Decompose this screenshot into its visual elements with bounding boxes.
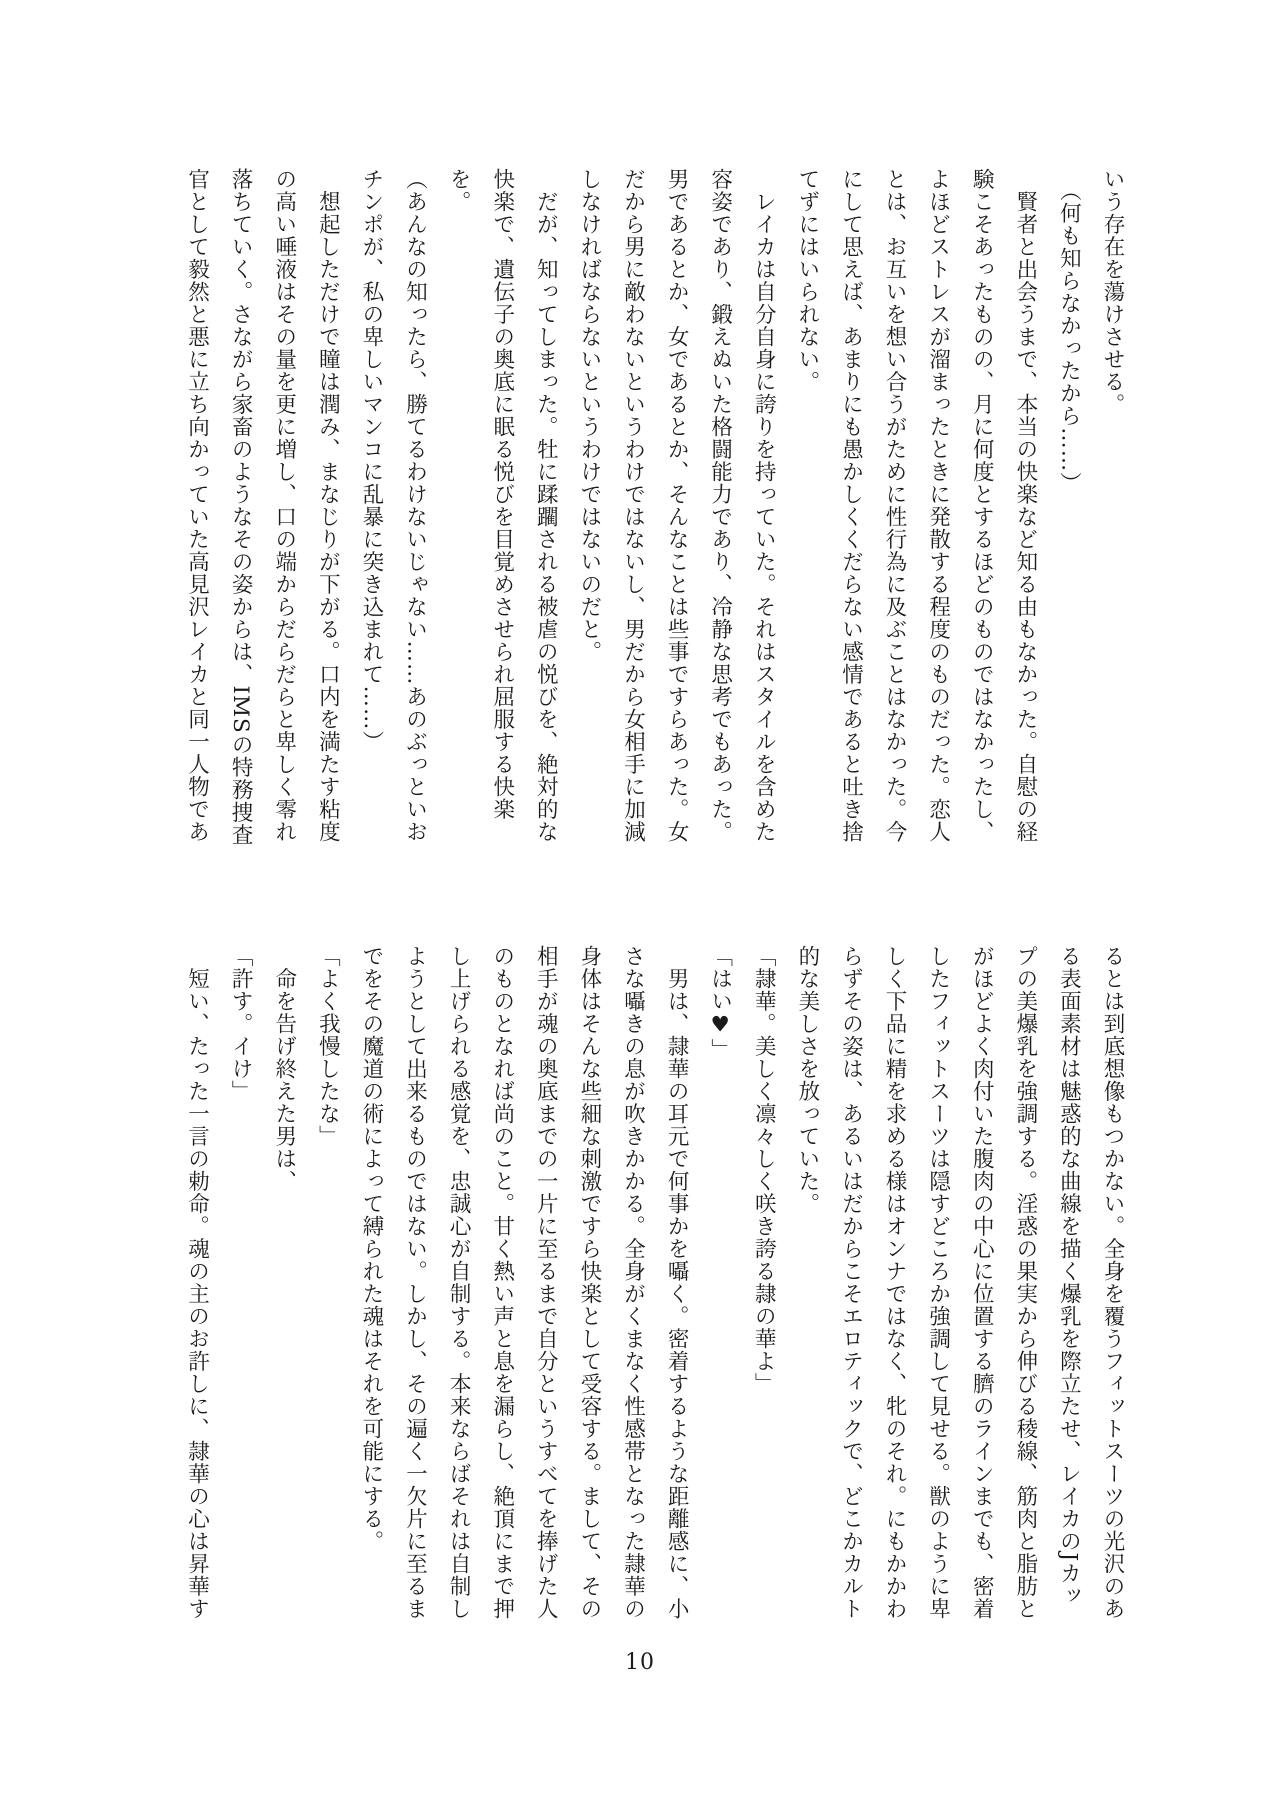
text-line: 想起しただけで瞳は潤み、まなじりが下がる。口内を満たす粘度 [306,168,350,846]
text-line: 「許す。イけ」 [219,945,263,1623]
text-line: だが、知ってしまった。牡に蹂躙される被虐の悦びを、絶対的な [524,168,568,846]
text-line: るとは到底想像もつかない。全身を覆うフィットスーツの光沢のあ [1090,945,1134,1623]
text-line: しく下品に精を求める様はオンナではなく、牝のそれ。にもかかわ [872,945,916,1623]
text-line: を。 [437,168,481,846]
text-line: がほどよく肉付いた腹肉の中心に位置する臍のラインまでも、密着 [960,945,1004,1623]
text-line: 命を告げ終えた男は、 [262,945,306,1623]
page-number: 10 [0,1650,1280,1675]
text-line: にして思えば、あまりにも愚かしくくだらない感情であると吐き捨 [829,168,873,846]
text-line: 男であるとか、女であるとか、そんなことは些事ですらあった。女 [654,168,698,846]
text-line: 「よく我慢したな」 [306,945,350,1623]
text-line: だから男に敵わないというわけではないし、男だから女相手に加減 [611,168,655,846]
text-line: のものとなれば尚のこと。甘く熱い声と息を漏らし、絶頂にまで押 [480,945,524,1623]
text-line: とは、お互いを想い合うがために性行為に及ぶことはなかった。今 [872,168,916,846]
text-line: る表面素材は魅惑的な曲線を描く爆乳を際立たせ、レイカのJカッ [1047,945,1091,1623]
text-line: の高い唾液はその量を更に増し、口の端からだらだらと卑しく零れ [262,168,306,846]
text-line: （何も知らなかったから……） [1047,168,1091,846]
text-line: よほどストレスが溜まったときに発散する程度のものだった。恋人 [916,168,960,846]
text-line: 「はい♥」 [698,945,742,1623]
text-line: 相手が魂の奥底までの一片に至るまで自分というすべてを捧げた人 [524,945,568,1623]
text-line: 的な美しさを放っていた。 [785,945,829,1623]
text-line: 容姿であり、鍛えぬいた格闘能力であり、冷静な思考でもあった。 [698,168,742,846]
text-line: 快楽で、遺伝子の奥底に眠る悦びを目覚めさせられ屈服する快楽 [480,168,524,846]
top-text-block: いう存在を蕩けさせる。 （何も知らなかったから……） 賢者と出会うまで、本当の快… [175,168,1134,846]
text-line: 験こそあったものの、月に何度とするほどのものではなかったし、 [960,168,1004,846]
text-line: ようとして出来るものではない。しかし、その遍く一欠片に至るま [393,945,437,1623]
text-line: （あんなの知ったら、勝てるわけないじゃない……あのぶっといお [393,168,437,846]
text-line: レイカは自分自身に誇りを持っていた。それはスタイルを含めた [742,168,786,846]
text-line: しなければならないというわけではないのだと。 [567,168,611,846]
text-line: てずにはいられない。 [785,168,829,846]
text-line: 「隷華。美しく凛々しく咲き誇る隷の華よ」 [742,945,786,1623]
text-line: 落ちていく。さながら家畜のようなその姿からは、IMSの特務捜査 [219,168,263,846]
text-line: 賢者と出会うまで、本当の快楽など知る由もなかった。自慰の経 [1003,168,1047,846]
text-line: さな囁きの息が吹きかかる。全身がくまなく性感帯となった隷華の [611,945,655,1623]
text-line: し上げられる感覚を、忠誠心が自制する。本来ならばそれは自制し [437,945,481,1623]
text-line: したフィットスーツは隠すどころか強調して見せる。獣のように卑 [916,945,960,1623]
text-line: らずその姿は、あるいはだからこそエロティックで、どこかカルト [829,945,873,1623]
text-line: 男は、隷華の耳元で何事かを囁く。密着するような距離感に、小 [654,945,698,1623]
text-line: 官として毅然と悪に立ち向かっていた高見沢レイカと同一人物であ [175,168,219,846]
text-line: 身体はそんな些細な刺激ですら快楽として受容する。まして、その [567,945,611,1623]
text-line: チンポが、私の卑しいマンコに乱暴に突き込まれて……） [349,168,393,846]
text-line: いう存在を蕩けさせる。 [1090,168,1134,846]
text-line: 短い、たった一言の勅命。魂の主のお許しに、隷華の心は昇華す [175,945,219,1623]
novel-page: いう存在を蕩けさせる。 （何も知らなかったから……） 賢者と出会うまで、本当の快… [0,0,1280,1807]
bottom-text-block: るとは到底想像もつかない。全身を覆うフィットスーツの光沢のあ る表面素材は魅惑的… [175,945,1134,1623]
text-line: でをその魔道の術によって縛られた魂はそれを可能にする。 [349,945,393,1623]
text-line: プの美爆乳を強調する。淫惑の果実から伸びる稜線、筋肉と脂肪と [1003,945,1047,1623]
